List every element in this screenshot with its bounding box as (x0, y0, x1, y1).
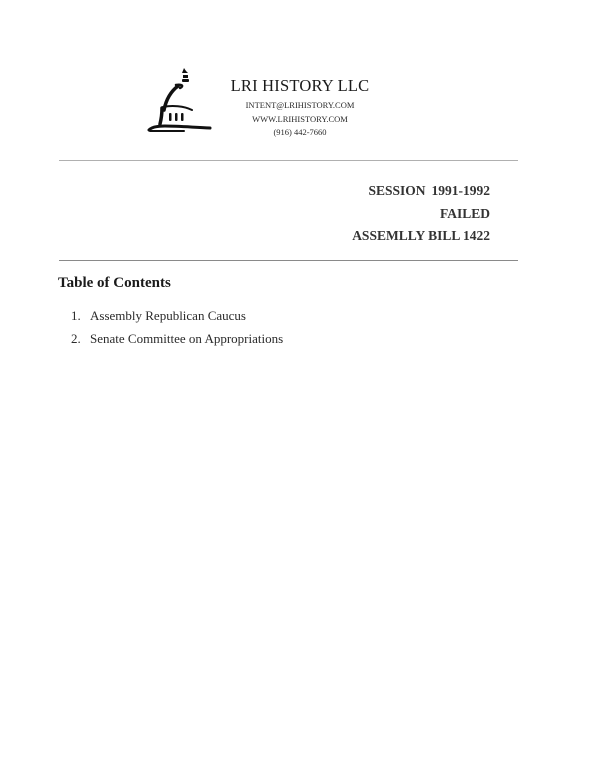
company-name: LRI HISTORY LLC (210, 76, 390, 96)
session-years: 1991-1992 (432, 183, 491, 198)
capitol-dome-icon (144, 64, 214, 136)
toc-item-number: 2. (71, 329, 90, 352)
session-label: SESSION (368, 183, 425, 198)
toc-item[interactable]: 2. Senate Committee on Appropriations (71, 329, 283, 352)
toc-list: 1. Assembly Republican Caucus 2. Senate … (71, 306, 283, 352)
session-line: SESSION1991-1992 (352, 180, 490, 203)
toc-title: Table of Contents (58, 275, 171, 292)
bill-name: ASSEMLLY BILL 1422 (352, 225, 490, 248)
header-divider (59, 160, 518, 161)
toc-item-label[interactable]: Assembly Republican Caucus (90, 306, 246, 329)
company-website: WWW.LRIHISTORY.COM (210, 113, 390, 127)
toc-item-number: 1. (71, 306, 90, 329)
company-phone: (916) 442-7660 (210, 126, 390, 140)
bill-status: FAILED (352, 203, 490, 226)
bill-info-divider (59, 260, 518, 261)
toc-item-label[interactable]: Senate Committee on Appropriations (90, 329, 283, 352)
letterhead: LRI HISTORY LLC INTENT@LRIHISTORY.COM WW… (210, 76, 390, 140)
company-email: INTENT@LRIHISTORY.COM (210, 99, 390, 113)
bill-info: SESSION1991-1992 FAILED ASSEMLLY BILL 14… (352, 180, 490, 248)
toc-item[interactable]: 1. Assembly Republican Caucus (71, 306, 283, 329)
